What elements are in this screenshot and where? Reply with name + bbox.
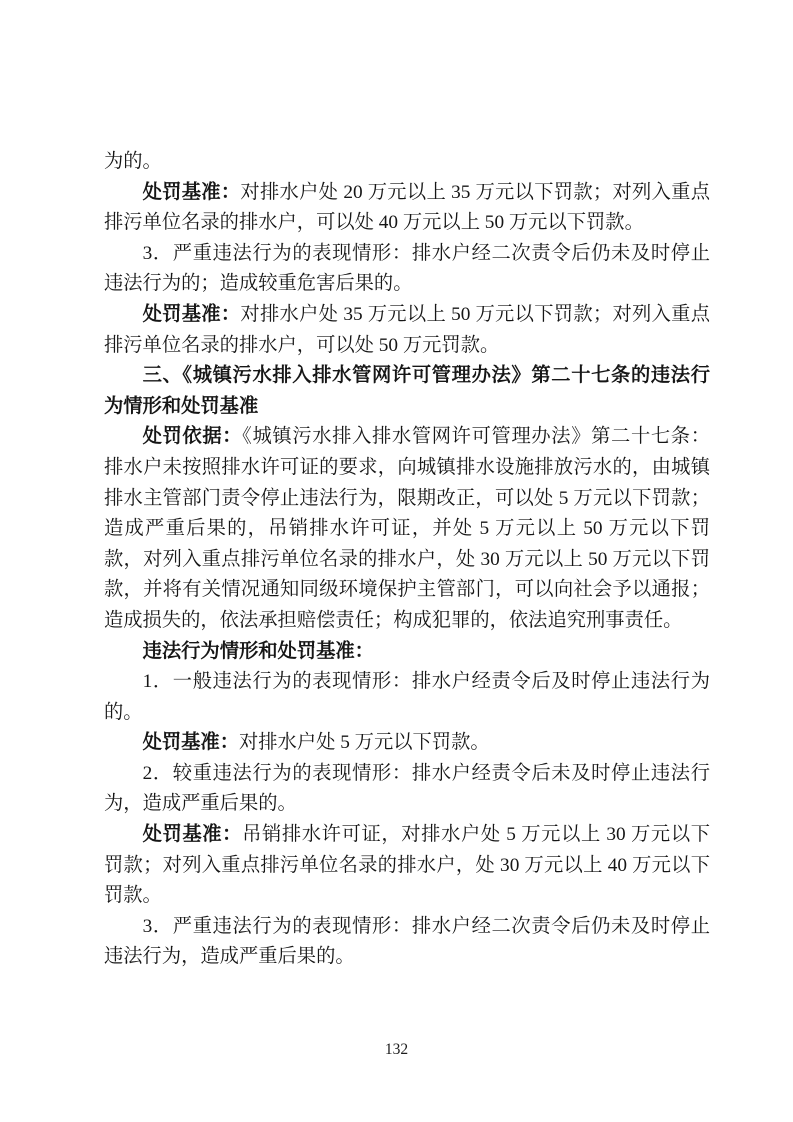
- penalty-standard-label: 处罚基准：: [143, 824, 243, 845]
- para-body-text: 为的。: [104, 151, 162, 172]
- penalty-standard-para: 处罚基准：对排水户处 35 万元以上 50 万元以下罚款；对列入重点排污单位名录…: [104, 300, 710, 361]
- violation-case-para: 3．严重违法行为的表现情形：排水户经二次责令后仍未及时停止违法行为，造成严重后果…: [104, 912, 710, 973]
- violation-case-para: 3．严重违法行为的表现情形：排水户经二次责令后仍未及时停止违法行为的；造成较重危…: [104, 239, 710, 300]
- section-heading: 三、《城镇污水排入排水管网许可管理办法》第二十七条的违法行为情形和处罚基准: [104, 361, 710, 422]
- violation-case-para: 1．一般违法行为的表现情形：排水户经责令后及时停止违法行为的。: [104, 667, 710, 728]
- continuation-text: 为的。: [104, 147, 710, 178]
- subsection-heading: 违法行为情形和处罚基准：: [104, 637, 710, 668]
- page-number: 132: [0, 1040, 793, 1060]
- penalty-standard-label: 处罚基准：: [143, 182, 241, 203]
- penalty-standard-para: 处罚基准：对排水户处 5 万元以下罚款。: [104, 728, 710, 759]
- para-body-text: 1．一般违法行为的表现情形：排水户经责令后及时停止违法行为的。: [104, 671, 710, 723]
- penalty-basis-label: 处罚依据：: [143, 426, 243, 447]
- para-body-text: 2．较重违法行为的表现情形：排水户经责令后未及时停止违法行为，造成严重后果的。: [104, 763, 710, 815]
- penalty-standard-label: 处罚基准：: [143, 732, 239, 753]
- penalty-standard-label: 处罚基准：: [143, 304, 241, 325]
- para-body-text: 《城镇污水排入排水管网许可管理办法》第二十七条：排水户未按照排水许可证的要求，向…: [104, 426, 710, 631]
- penalty-standard-para: 处罚基准：对排水户处 20 万元以上 35 万元以下罚款；对列入重点排污单位名录…: [104, 178, 710, 239]
- section-heading-text: 三、《城镇污水排入排水管网许可管理办法》第二十七条的违法行为情形和处罚基准: [104, 365, 710, 417]
- document-body: 为的。 处罚基准：对排水户处 20 万元以上 35 万元以下罚款；对列入重点排污…: [104, 147, 710, 973]
- para-body-text: 对排水户处 5 万元以下罚款。: [239, 732, 490, 753]
- para-body-text: 3．严重违法行为的表现情形：排水户经二次责令后仍未及时停止违法行为，造成严重后果…: [104, 916, 710, 968]
- subsection-heading-text: 违法行为情形和处罚基准：: [143, 641, 374, 662]
- penalty-basis-para: 处罚依据：《城镇污水排入排水管网许可管理办法》第二十七条：排水户未按照排水许可证…: [104, 422, 710, 636]
- penalty-standard-para: 处罚基准：吊销排水许可证，对排水户处 5 万元以上 30 万元以下罚款；对列入重…: [104, 820, 710, 912]
- document-page: 为的。 处罚基准：对排水户处 20 万元以上 35 万元以下罚款；对列入重点排污…: [0, 0, 793, 1122]
- violation-case-para: 2．较重违法行为的表现情形：排水户经责令后未及时停止违法行为，造成严重后果的。: [104, 759, 710, 820]
- para-body-text: 3．严重违法行为的表现情形：排水户经二次责令后仍未及时停止违法行为的；造成较重危…: [104, 243, 710, 295]
